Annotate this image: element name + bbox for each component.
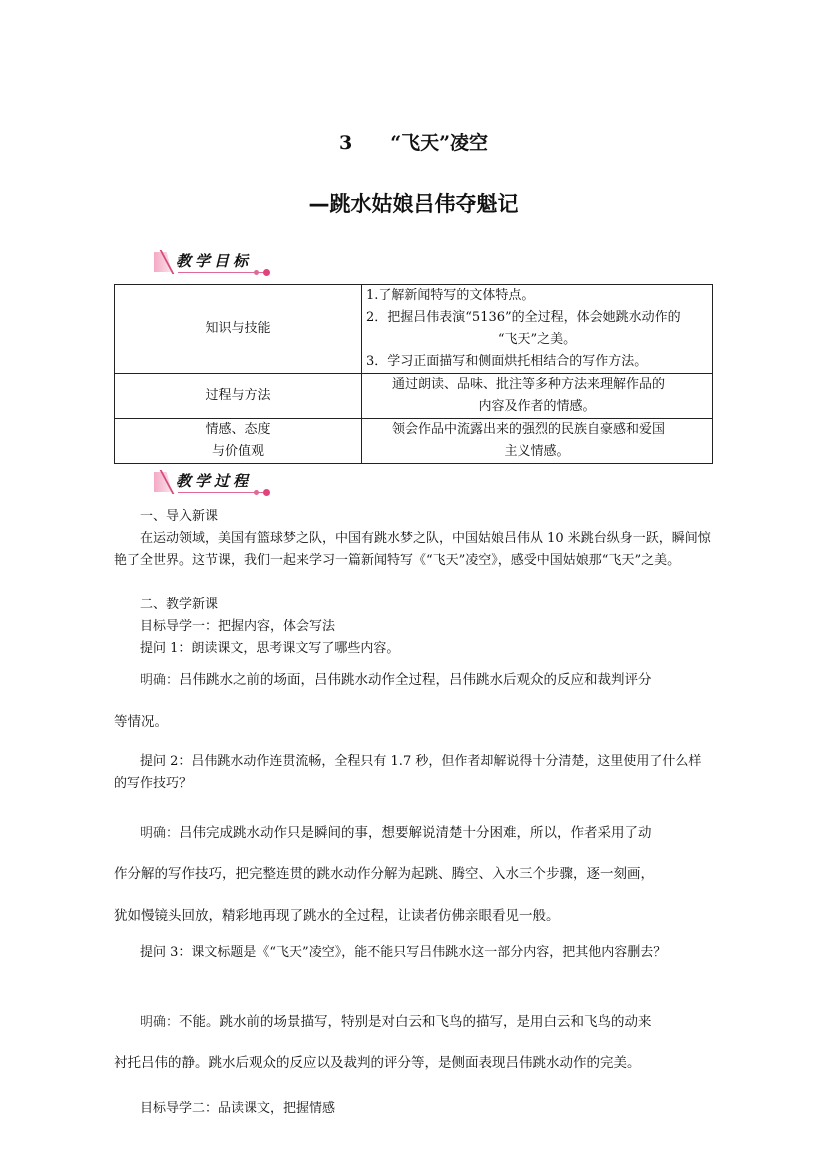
answer-lead: 明确： [140,826,179,841]
badge-dot-icon [263,269,270,276]
answer-2-cont: 作分解的写作技巧，把完整连贯的跳水动作分解为起跳、腾空、入水三个步骤，逐一刻画， [114,852,712,896]
goal-content: 通过朗读、品味、批注等多种方法来理解作品的 内容及作者的情感。 [362,374,713,419]
goal2-heading: 目标导学二：品读课文，把握情感 [114,1098,712,1120]
lesson-subtitle: —跳水姑娘吕伟夺魁记 [0,188,827,218]
badge-underline [178,272,266,273]
table-row: 过程与方法 通过朗读、品味、批注等多种方法来理解作品的 内容及作者的情感。 [115,374,713,419]
answer-lead: 明确： [140,673,179,688]
answer-2-cont: 犹如慢镜头回放，精彩地再现了跳水的全过程，让读者仿佛亲眼看见一般。 [114,894,712,938]
badge-label: 教学过程 [176,470,252,491]
goal-line: “飞天”之美。 [366,329,708,351]
goal-line: 1.了解新闻特写的文体特点。 [366,285,708,307]
goal-line: 通过朗读、品味、批注等多种方法来理解作品的 [366,374,708,396]
question-2: 提问 2：吕伟跳水动作连贯流畅，全程只有 1.7 秒，但作者却解说得十分清楚，这… [114,751,712,795]
goal-content: 领会作品中流露出来的强烈的民族自豪感和爱国 主义情感。 [362,419,713,464]
goal-line: 2．把握吕伟表演“5136”的全过程，体会她跳水动作的 [366,307,708,329]
section-badge-goals: 教学目标 [154,250,272,274]
goal-category: 过程与方法 [115,374,362,419]
answer-3: 明确：不能。跳水前的场景描写，特别是对白云和飞鸟的描写，是用白云和飞鸟的动来 [114,1000,712,1045]
goal-line: 领会作品中流露出来的强烈的民族自豪感和爱国 [366,419,708,441]
question-1: 提问 1：朗读课文，思考课文写了哪些内容。 [114,638,712,660]
answer-1-cont: 等情况。 [114,700,712,744]
answer-2: 明确：吕伟完成跳水动作只是瞬间的事，想要解说清楚十分困难，所以，作者采用了动 [114,811,712,856]
lesson-title-text: “飞天”凌空 [390,132,488,154]
table-row: 情感、态度 与价值观 领会作品中流露出来的强烈的民族自豪感和爱国 主义情感。 [115,419,713,464]
answer-lead: 明确： [140,1015,179,1030]
goal-line: 主义情感。 [366,441,708,463]
goal-content: 1.了解新闻特写的文体特点。 2．把握吕伟表演“5136”的全过程，体会她跳水动… [362,285,713,374]
goal-line: 内容及作者的情感。 [366,396,708,418]
answer-3-cont: 衬托吕伟的静。跳水后观众的反应以及裁判的评分等，是侧面表现吕伟跳水动作的完美。 [114,1041,712,1085]
new-lesson-heading: 二、教学新课 [114,594,712,616]
intro-heading: 一、导入新课 [114,506,712,528]
answer-line: 吕伟完成跳水动作只是瞬间的事，想要解说清楚十分困难，所以，作者采用了动 [179,825,652,841]
lesson-title: 3“飞天”凌空 [0,128,827,155]
question-3: 提问 3：课文标题是《“飞天”凌空》，能不能只写吕伟跳水这一部分内容，把其他内容… [114,942,712,964]
lesson-number: 3 [339,132,352,154]
intro-paragraph: 在运动领域，美国有篮球梦之队，中国有跳水梦之队，中国姑娘吕伟从 10 米跳台纵身… [114,528,712,572]
goal-category: 知识与技能 [115,285,362,374]
answer-line: 不能。跳水前的场景描写，特别是对白云和飞鸟的描写，是用白云和飞鸟的动来 [179,1014,652,1030]
badge-dot-icon [254,490,259,495]
goal-category-line: 与价值观 [119,441,357,463]
goal-category-line: 情感、态度 [119,419,357,441]
answer-1: 明确：吕伟跳水之前的场面，吕伟跳水动作全过程，吕伟跳水后观众的反应和裁判评分 [114,658,712,703]
section-badge-process: 教学过程 [154,470,272,494]
teaching-goals-table: 知识与技能 1.了解新闻特写的文体特点。 2．把握吕伟表演“5136”的全过程，… [114,284,713,464]
answer-line: 吕伟跳水之前的场面，吕伟跳水动作全过程，吕伟跳水后观众的反应和裁判评分 [179,672,652,688]
goal-category: 情感、态度 与价值观 [115,419,362,464]
goal-line: 3．学习正面描写和侧面烘托相结合的写作方法。 [366,351,708,373]
badge-label: 教学目标 [176,250,252,271]
goal1-heading: 目标导学一：把握内容，体会写法 [114,616,712,638]
badge-dot-icon [263,489,270,496]
table-row: 知识与技能 1.了解新闻特写的文体特点。 2．把握吕伟表演“5136”的全过程，… [115,285,713,374]
badge-underline [178,492,266,493]
badge-dot-icon [254,270,259,275]
